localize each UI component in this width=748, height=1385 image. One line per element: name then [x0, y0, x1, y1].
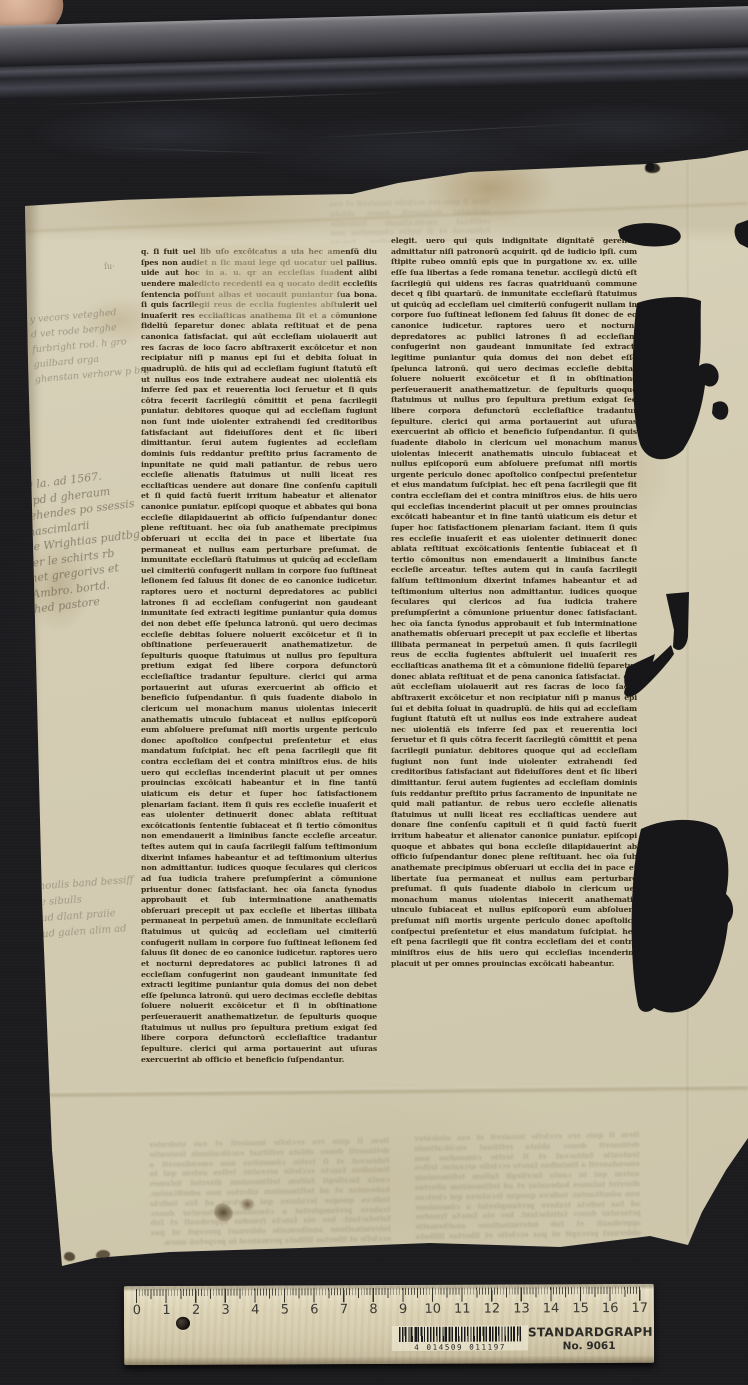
barcode: 4 014509 011197: [392, 1325, 528, 1351]
margin-note-2: 50 la. ad 1567.repd d gheraumbehendes po…: [18, 458, 204, 617]
ruler-hole: [176, 1317, 190, 1330]
ruler-brand-block: STANDARDGRAPH No. 9061: [528, 1325, 650, 1353]
parchment-sheet: q. ſi fuit uel lib uſo excōicatus a uia …: [0, 0, 748, 1385]
faded-stain-overlay: [196, 248, 341, 320]
ruler: 01234567891011121314151617 4 014509 0111…: [124, 1284, 654, 1365]
tiny-margin-mark: ſu·: [104, 262, 115, 271]
barcode-digits: 4 014509 011197: [392, 1342, 528, 1352]
ruler-model: No. 9061: [528, 1340, 650, 1353]
ink-show-through-right: item ſi quis res eccleſie inuaſerit et e…: [414, 1130, 641, 1244]
photo-stage: q. ſi fuit uel lib uſo excōicatus a uia …: [0, 0, 748, 1385]
margin-note-1: y vecors veteghedd vet rode berghefurbri…: [29, 300, 185, 388]
ink-show-through-top: item ſi quis res eccleſie inuaſerit et e…: [330, 197, 491, 244]
dark-speck: [645, 163, 660, 173]
margin-note-3: dhoulis band bessiffde sibullsbud dlant …: [32, 868, 201, 943]
fold-crease-vertical: [687, 162, 690, 1237]
barcode-stripes: [399, 1326, 521, 1342]
dark-speck: [64, 1252, 75, 1261]
ink-show-through-left: item ſi quis res eccleſie inuaſerit et e…: [149, 1136, 391, 1256]
text-column-right: elegit. uero qui quis indignitate dignit…: [391, 236, 637, 1064]
ruler-ticks-cm: [136, 1287, 641, 1303]
fold-crease-bottom: [40, 1084, 748, 1097]
dark-speck: [96, 1250, 110, 1260]
ruler-brand: STANDARDGRAPH: [528, 1325, 650, 1340]
